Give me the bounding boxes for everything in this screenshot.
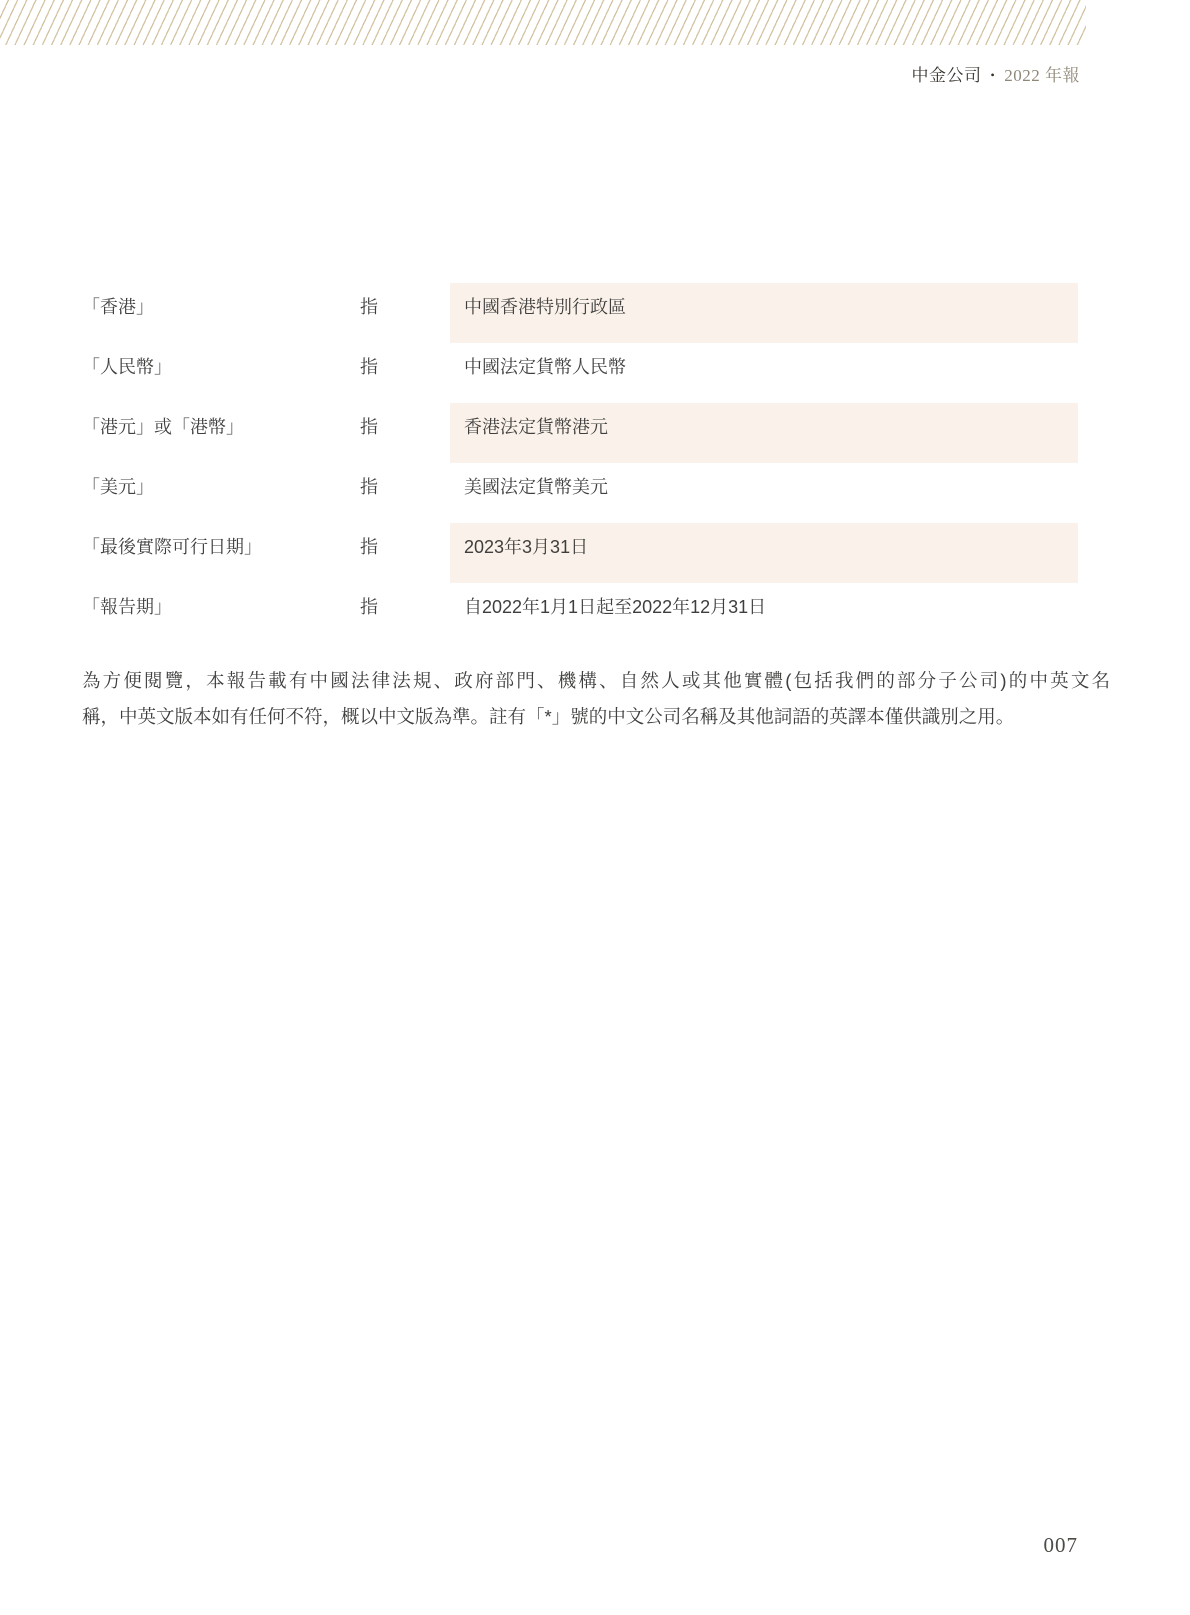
definitions-table: 「香港」 指 中國香港特別行政區 「人民幣」 指 中國法定貨幣人民幣 「港元」或…: [82, 283, 1078, 643]
definition-connector: 指: [360, 403, 450, 463]
page: 中金公司•2022 年報 「香港」 指 中國香港特別行政區 「人民幣」 指 中國…: [0, 0, 1190, 1615]
note-line: 稱，中英文版本如有任何不符，概以中文版為準。註有「*」號的中文公司名稱及其他詞語…: [82, 699, 1110, 735]
definition-row: 「美元」 指 美國法定貨幣美元: [82, 463, 1078, 523]
definition-connector: 指: [360, 583, 450, 643]
definition-row: 「最後實際可行日期」 指 2023年3月31日: [82, 523, 1078, 583]
definition-row: 「人民幣」 指 中國法定貨幣人民幣: [82, 343, 1078, 403]
definition-connector: 指: [360, 463, 450, 523]
report-year: 2022 年報: [1004, 66, 1080, 85]
definition-term: 「美元」: [82, 463, 360, 523]
definition-term: 「最後實際可行日期」: [82, 523, 360, 583]
definition-connector: 指: [360, 523, 450, 583]
definition-term: 「人民幣」: [82, 343, 360, 403]
definition-term: 「港元」或「港幣」: [82, 403, 360, 463]
note-line: 為方便閱覽，本報告載有中國法律法規、政府部門、機構、自然人或其他實體(包括我們的…: [82, 663, 1110, 699]
definition-text-cell: 中國法定貨幣人民幣: [450, 343, 1078, 403]
definition-term: 「香港」: [82, 283, 360, 343]
definition-row: 「港元」或「港幣」 指 香港法定貨幣港元: [82, 403, 1078, 463]
definition-connector: 指: [360, 343, 450, 403]
disclaimer-note: 為方便閱覽，本報告載有中國法律法規、政府部門、機構、自然人或其他實體(包括我們的…: [82, 663, 1110, 735]
definition-row: 「香港」 指 中國香港特別行政區: [82, 283, 1078, 343]
definition-text-cell: 中國香港特別行政區: [450, 283, 1078, 343]
report-header: 中金公司•2022 年報: [912, 63, 1080, 88]
definition-connector: 指: [360, 283, 450, 343]
definition-text-cell: 自2022年1月1日起至2022年12月31日: [450, 583, 1078, 643]
page-number: 007: [1044, 1533, 1079, 1558]
definition-text-cell: 2023年3月31日: [450, 523, 1078, 583]
definition-term: 「報告期」: [82, 583, 360, 643]
company-name: 中金公司: [912, 66, 982, 85]
separator-dot-icon: •: [991, 63, 996, 87]
definition-row: 「報告期」 指 自2022年1月1日起至2022年12月31日: [82, 583, 1078, 643]
definition-text-cell: 美國法定貨幣美元: [450, 463, 1078, 523]
header-stripes-pattern: [0, 0, 1086, 45]
definition-text-cell: 香港法定貨幣港元: [450, 403, 1078, 463]
